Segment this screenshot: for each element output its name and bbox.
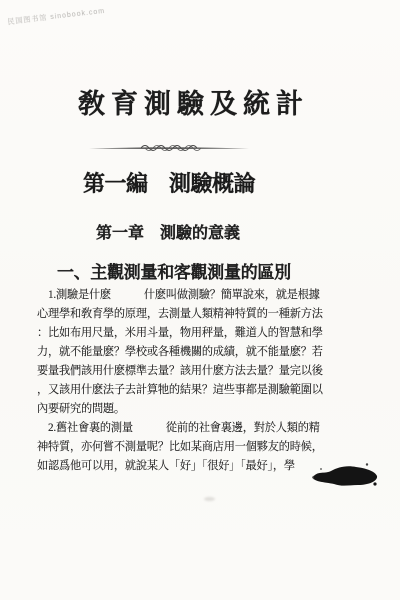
body-text-line: ，又該用什麽法子去計算牠的結果？這些事都是測驗範圍以: [37, 381, 337, 400]
body-text-line: 1.測驗是什麽 什麽叫做測驗？簡單說來，就是根據: [37, 286, 337, 305]
body-text-line: 心理學和敎育學的原理，去測量人類精神特質的一種新方法: [37, 305, 337, 324]
scanned-book-page: 民国图书馆 sinobook.com 敎育測驗及統計 第一編 測驗概論 第一章 …: [0, 0, 400, 600]
body-text-line: 2.舊社會裏的測量 從前的社會裏邊，對於人類的精: [37, 419, 337, 438]
part-heading: 第一編 測驗概論: [83, 167, 255, 198]
ornamental-divider: [89, 142, 249, 154]
body-text-line: 內要研究的問題。: [37, 400, 337, 419]
body-text-line: 如認爲他可以用，就說某人「好」「很好」「最好」，學: [37, 457, 337, 476]
section-heading: 一、主觀測量和客觀測量的區別: [57, 258, 291, 283]
library-watermark: 民国图书馆 sinobook.com: [7, 6, 106, 27]
body-text-line: 神特質，亦何嘗不測量呢？比如某商店用一個夥友的時候，: [37, 438, 337, 457]
body-text-line: 要量我們該用什麽標準去量？該用什麽方法去量？量完以後: [37, 362, 337, 381]
smudge-artifact: [204, 497, 215, 501]
paragraph-what-is-testing: 1.測驗是什麽 什麽叫做測驗？簡單說來，就是根據心理學和敎育學的原理，去測量人類…: [37, 286, 337, 419]
body-text-line: ：比如布用尺量，米用斗量，物用秤量，難道人的智慧和學: [37, 324, 337, 343]
body-text-line: 力，就不能量麽？學校或各種機關的成績，就不能量麽？若: [37, 343, 337, 362]
ink-blob-artifact: [311, 461, 379, 489]
paragraph-old-society-measurement: 2.舊社會裏的測量 從前的社會裏邊，對於人類的精神特質，亦何嘗不測量呢？比如某商…: [37, 419, 337, 476]
chapter-heading: 第一章 測驗的意義: [96, 220, 240, 243]
book-title: 敎育測驗及統計: [78, 82, 309, 121]
